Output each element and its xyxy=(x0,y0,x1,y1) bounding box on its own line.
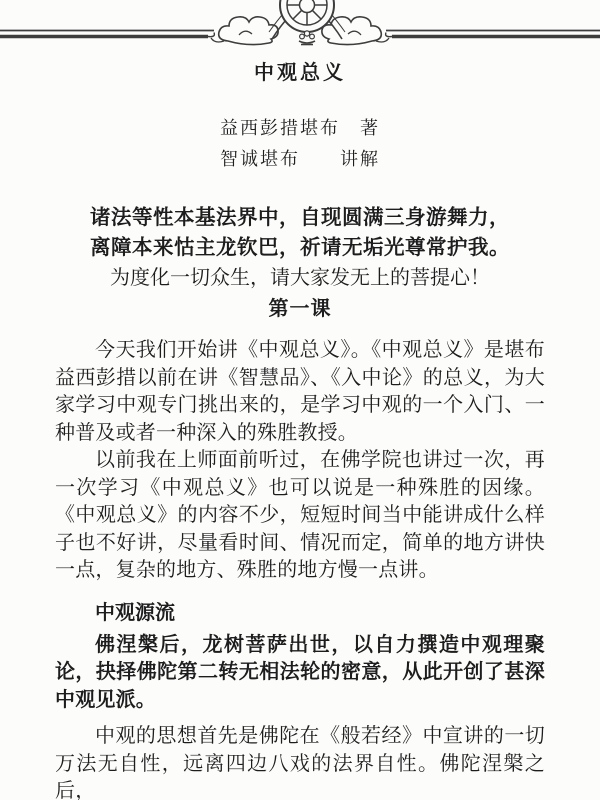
section-body: 佛涅槃后，龙树菩萨出世，以自力撰造中观理聚论，抉择佛陀第二转无相法轮的密意，从此… xyxy=(55,632,545,800)
byline-block: 益西彭措堪布 著 智诚堪布 讲解 xyxy=(55,113,545,175)
document-page: 中观总义 益西彭措堪布 著 智诚堪布 讲解 诸法等性本基法界中，自现圆满三身游舞… xyxy=(0,0,600,800)
section-heading: 中观源流 xyxy=(55,599,545,627)
author-line: 益西彭措堪布 著 xyxy=(55,113,545,144)
page-title: 中观总义 xyxy=(55,61,545,85)
lesson-heading: 第一课 xyxy=(55,294,545,324)
double-rule-left xyxy=(0,31,214,37)
page-content: 中观总义 益西彭措堪布 著 智诚堪布 讲解 诸法等性本基法界中，自现圆满三身游舞… xyxy=(0,61,600,800)
body-paragraph: 今天我们开始讲《中观总义》。《中观总义》是堪布益西彭措以前在讲《智慧品》、《入中… xyxy=(55,337,545,447)
lesson-body: 今天我们开始讲《中观总义》。《中观总义》是堪布益西彭措以前在讲《智慧品》、《入中… xyxy=(55,337,545,585)
dedication-line: 为度化一切众生，请大家发无上的菩提心！ xyxy=(55,263,545,293)
body-paragraph: 中观的思想首先是佛陀在《般若经》中宣讲的一切万法无自性，远离四边八戏的法界自性。… xyxy=(55,723,545,800)
commentator-line: 智诚堪布 讲解 xyxy=(55,144,545,175)
header-ornament xyxy=(0,0,600,48)
cloud-left-icon xyxy=(211,17,278,45)
cloud-right-icon xyxy=(322,17,389,45)
body-paragraph: 以前我在上师面前听过，在佛学院也讲过一次，再一次学习《中观总义》也可以说是一种殊… xyxy=(55,447,545,585)
verse-line: 离障本来怙主龙钦巴，祈请无垢光尊常护我。 xyxy=(55,233,545,263)
invocation-verse: 诸法等性本基法界中，自现圆满三身游舞力， 离障本来怙主龙钦巴，祈请无垢光尊常护我… xyxy=(55,203,545,263)
double-rule-right xyxy=(386,31,600,37)
verse-line: 诸法等性本基法界中，自现圆满三身游舞力， xyxy=(55,203,545,233)
emphasis-paragraph: 佛涅槃后，龙树菩萨出世，以自力撰造中观理聚论，抉择佛陀第二转无相法轮的密意，从此… xyxy=(55,632,545,715)
